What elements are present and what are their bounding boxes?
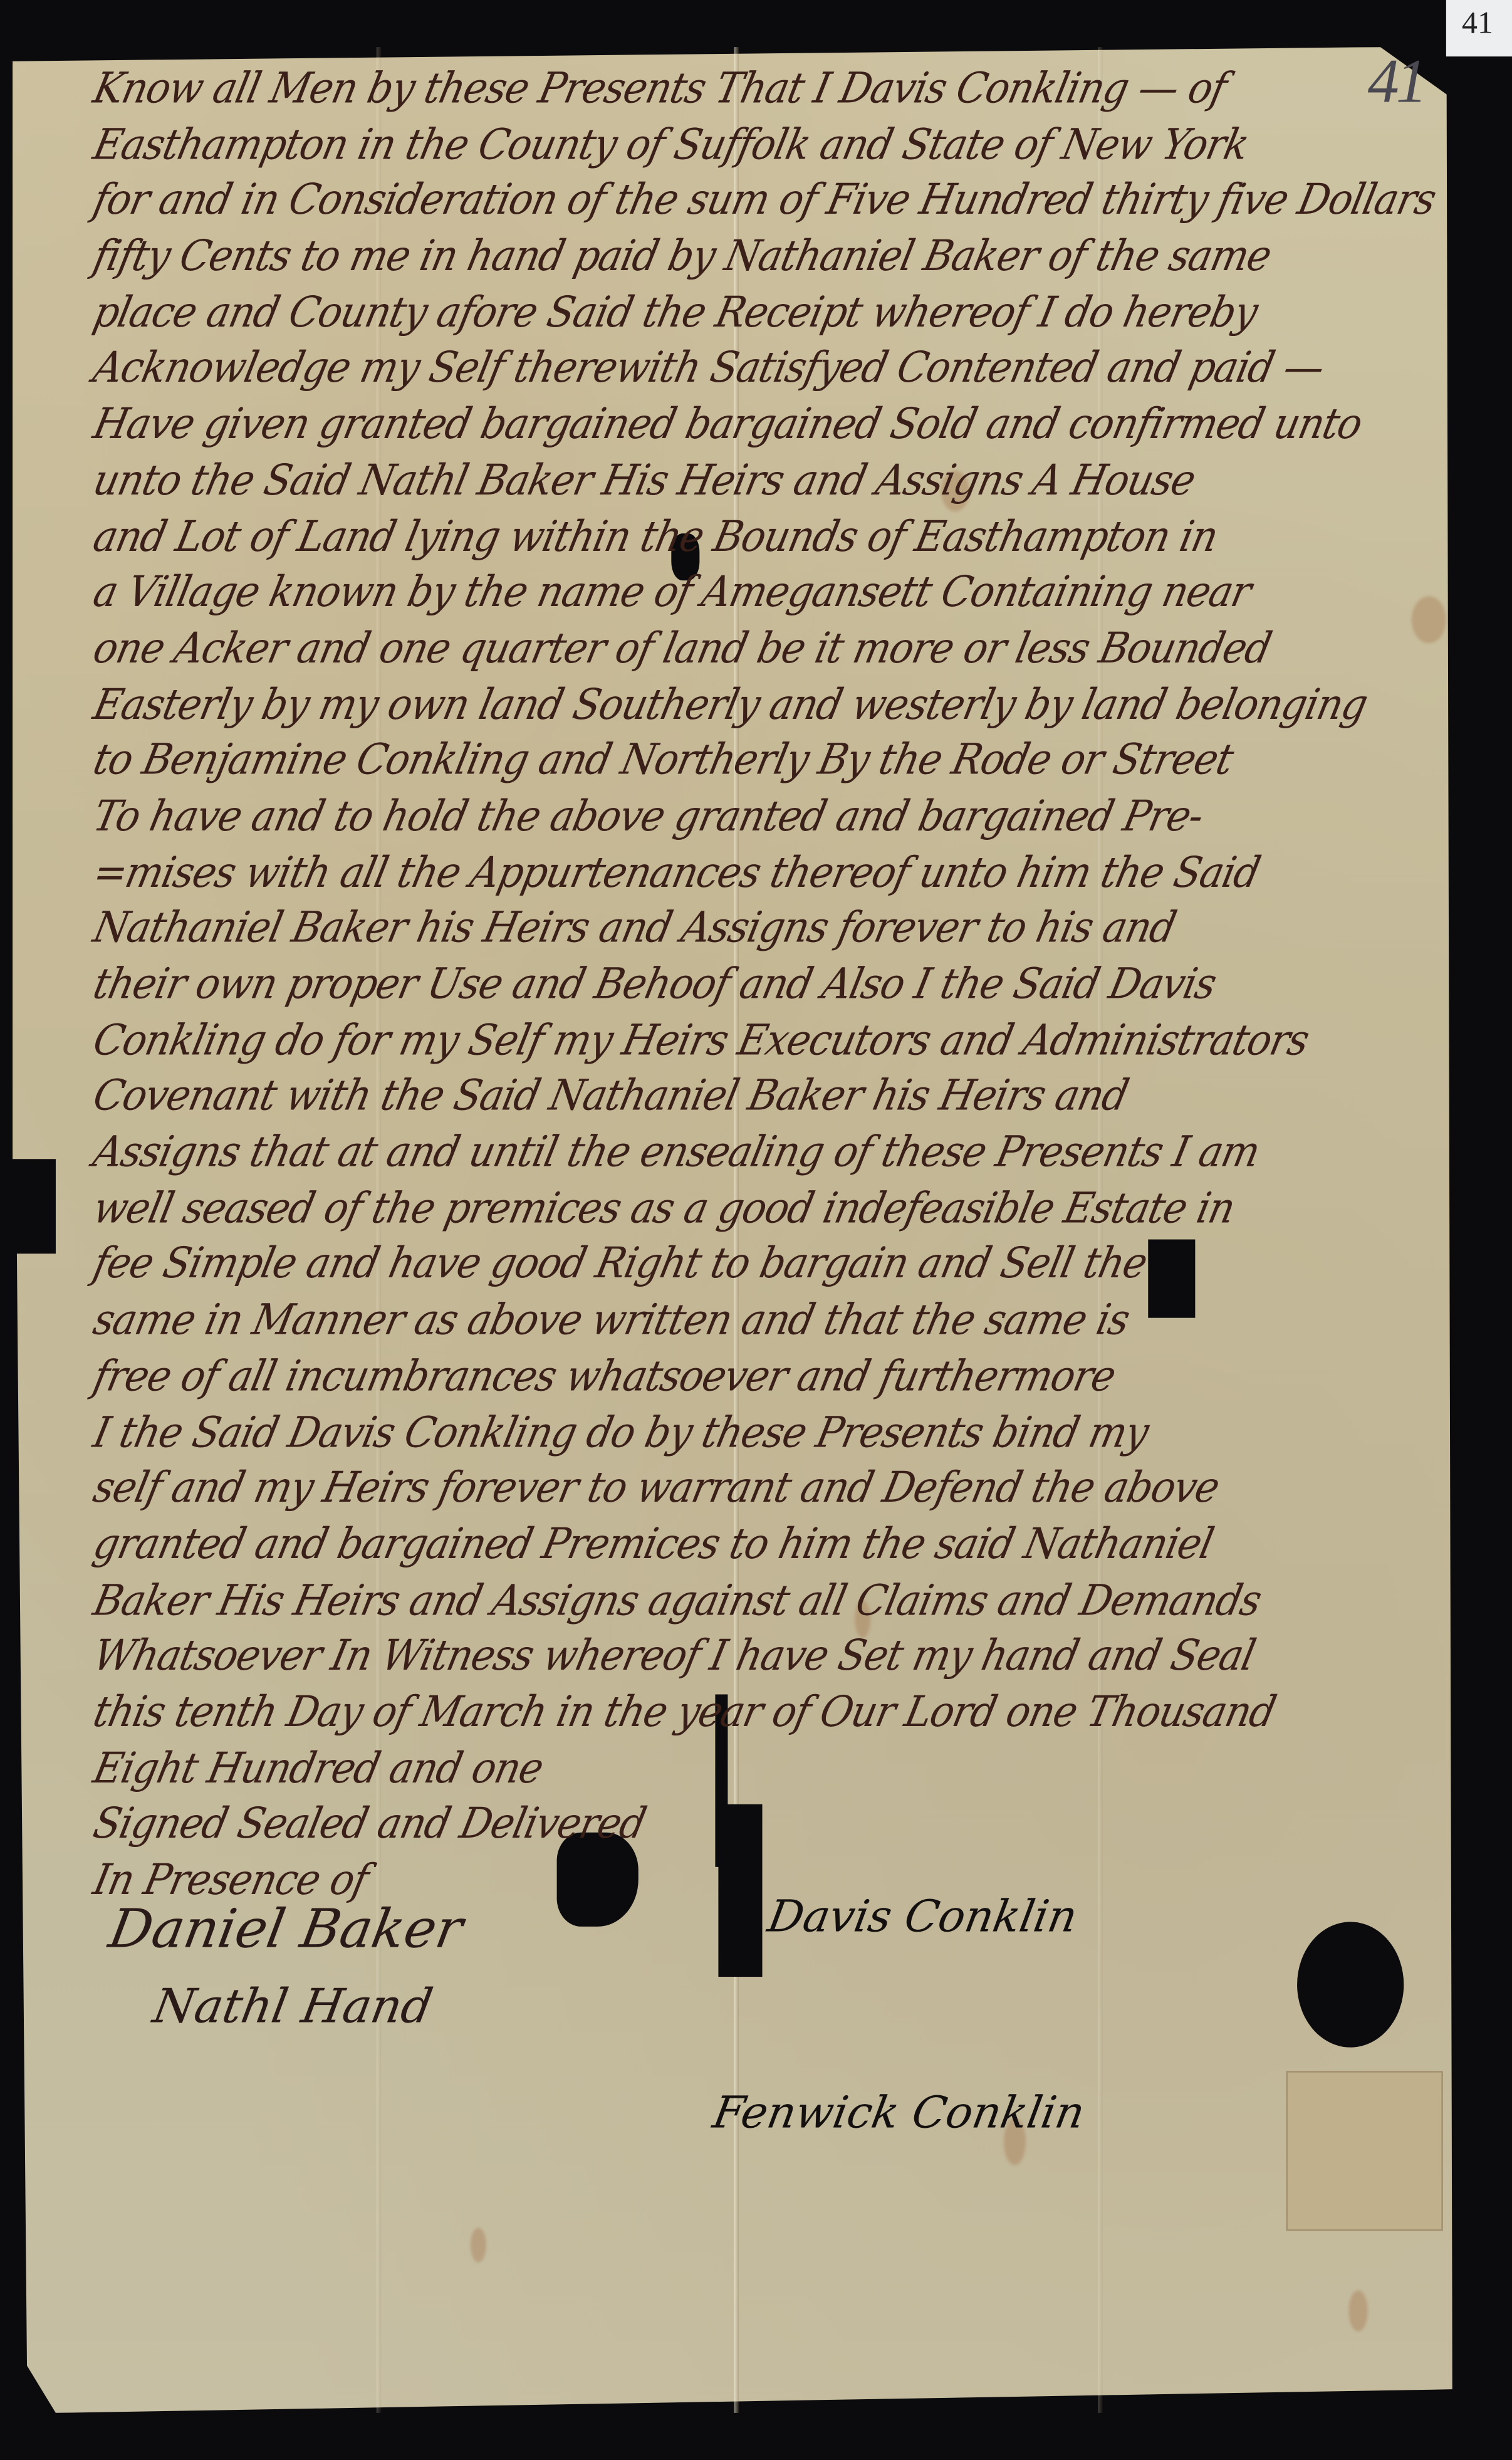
deed-line: fifty Cents to me in hand paid by Nathan…	[88, 226, 1465, 286]
grantor-signature: Davis Conklin	[764, 1890, 1081, 1942]
deed-line: this tenth Day of March in the year of O…	[88, 1682, 1465, 1742]
deed-line: Covenant with the Said Nathaniel Baker h…	[88, 1066, 1465, 1126]
deed-line: Know all Men by these Presents That I Da…	[88, 58, 1465, 118]
paper-repair-patch	[1286, 2071, 1443, 2231]
grantor-signature: Fenwick Conklin	[709, 2086, 1089, 2138]
deed-line: to Benjamine Conkling and Northerly By t…	[88, 730, 1465, 790]
archive-label: 41	[1446, 0, 1512, 56]
deed-line: =mises with all the Appurtenances thereo…	[88, 842, 1465, 903]
deed-line: granted and bargained Premices to him th…	[88, 1514, 1465, 1574]
deed-line: Assigns that at and until the ensealing …	[88, 1122, 1465, 1182]
seal-hole	[1297, 1922, 1404, 2047]
deed-line: self and my Heirs forever to warrant and…	[88, 1458, 1465, 1518]
deed-line: free of all incumbrances whatsoever and …	[88, 1346, 1465, 1406]
deed-line: and Lot of Land lying within the Bounds …	[88, 506, 1465, 567]
deed-line: fee Simple and have good Right to bargai…	[88, 1234, 1465, 1294]
deed-line: Whatsoever In Witness whereof I have Set…	[88, 1626, 1465, 1686]
deed-body: Know all Men by these Presents That I Da…	[88, 63, 1452, 1910]
deed-line: Easthampton in the County of Suffolk and…	[88, 114, 1465, 174]
witness-signature: Nathl Hand	[149, 1980, 437, 2035]
deed-line: Easterly by my own land Southerly and we…	[88, 674, 1465, 735]
deed-line: Conkling do for my Self my Heirs Executo…	[88, 1010, 1465, 1070]
foxing-stain	[1349, 2291, 1368, 2332]
deed-line: Nathaniel Baker his Heirs and Assigns fo…	[88, 898, 1465, 958]
document-scan: 41 41 Know all Men by these Presents Tha…	[0, 0, 1512, 2460]
deed-line: unto the Said Nathl Baker His Heirs and …	[88, 450, 1465, 510]
deed-line: Eight Hundred and one	[88, 1738, 1465, 1798]
deed-line: their own proper Use and Behoof and Also…	[88, 954, 1465, 1014]
deed-line: well seased of the premices as a good in…	[88, 1178, 1465, 1238]
deed-line: Baker His Heirs and Assigns against all …	[88, 1570, 1465, 1630]
deed-line: for and in Consideration of the sum of F…	[88, 170, 1465, 231]
witness-signature: Daniel Baker	[104, 1898, 467, 1961]
deed-line: same in Manner as above written and that…	[88, 1290, 1465, 1350]
deed-line: place and County afore Said the Receipt …	[88, 282, 1465, 342]
foxing-stain	[471, 2228, 486, 2263]
deed-line: I the Said Davis Conkling do by these Pr…	[88, 1402, 1465, 1462]
deed-line: Acknowledge my Self therewith Satisfyed …	[88, 338, 1465, 399]
deed-line: one Acker and one quarter of land be it …	[88, 618, 1465, 678]
deed-line: To have and to hold the above granted an…	[88, 786, 1465, 846]
deed-line: Have given granted bargained bargained S…	[88, 394, 1465, 454]
deed-line: a Village known by the name of Ameganset…	[88, 562, 1465, 622]
attestation-line: Signed Sealed and Delivered	[88, 1794, 1465, 1854]
